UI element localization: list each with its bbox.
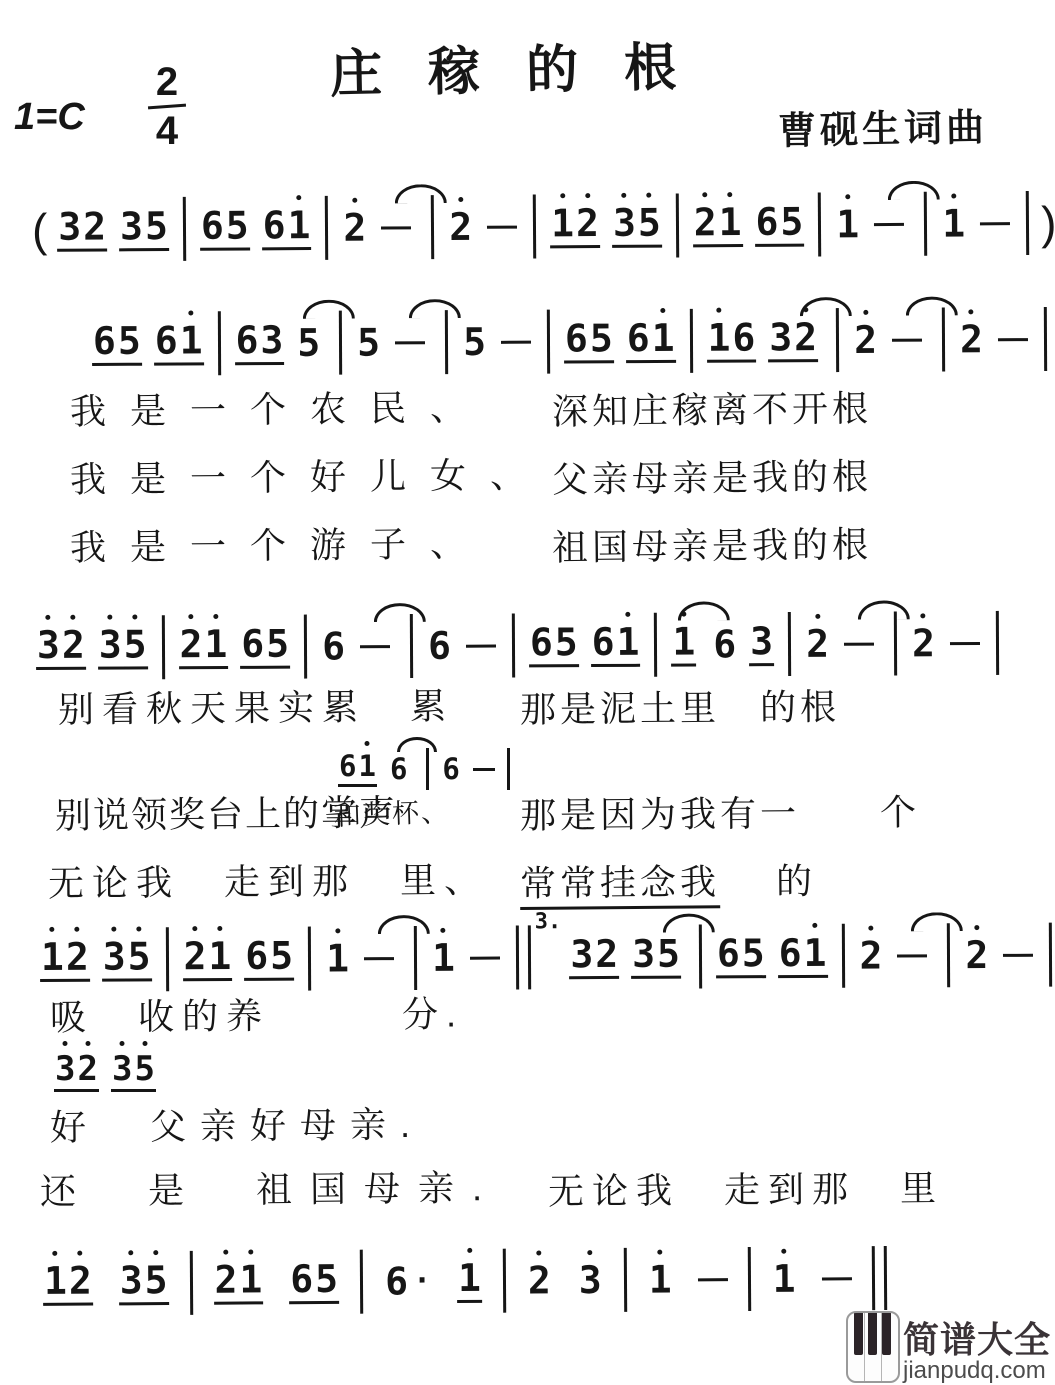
jianpu-note: 21 <box>693 203 743 247</box>
notation-line-intro: (32356561221235216511) <box>28 191 1055 262</box>
jianpu-note: 21 <box>178 625 228 669</box>
jianpu-note: 32 <box>57 207 107 251</box>
note-digit: 2 <box>82 207 107 245</box>
jianpu-note: 61 <box>626 319 676 363</box>
time-signature: 2 4 <box>148 62 186 151</box>
note-digit: 1 <box>835 205 860 243</box>
note-digit: 2 <box>213 1261 238 1299</box>
note-digit: 1 <box>207 937 232 975</box>
jianpu-note: 6 <box>441 755 460 784</box>
note-digit: 3 <box>612 204 637 242</box>
note-digit: 2 <box>911 624 936 662</box>
double-barline <box>871 1246 886 1310</box>
jianpu-note: 35 <box>98 625 148 669</box>
duration-dash <box>822 1277 852 1280</box>
barline <box>325 196 328 260</box>
note-digit: 1 <box>803 934 828 972</box>
note-digit: 5 <box>123 625 148 663</box>
jianpu-note: 16 <box>706 318 756 362</box>
barline <box>533 194 536 258</box>
jianpu-note: 6 <box>389 755 408 784</box>
chorus-line3-left: 无论我 走到那 里、 <box>48 860 488 903</box>
augmentation-dot: · <box>413 1266 431 1296</box>
jianpu-note: 65 <box>564 319 614 363</box>
note-digit: 6 <box>716 934 741 972</box>
tie-arc <box>409 299 461 318</box>
barline <box>1026 191 1029 255</box>
piano-black-key <box>854 1313 863 1355</box>
duration-dash <box>473 768 495 771</box>
jianpu-note: 12 <box>43 1262 93 1306</box>
jianpu-note: 1 <box>648 1261 673 1299</box>
duration-dash <box>487 225 517 228</box>
piano-keys-icon <box>846 1311 900 1383</box>
note-digit: 1 <box>550 204 575 242</box>
jianpu-note: 32 <box>768 318 818 362</box>
note-digit: 1 <box>325 939 350 977</box>
barline <box>512 613 515 677</box>
jianpu-note: 65 <box>92 322 142 366</box>
note-digit: 5 <box>779 203 804 241</box>
barline <box>676 193 679 257</box>
jianpu-note: 35 <box>612 204 662 248</box>
jianpu-note: 5 <box>296 324 321 362</box>
barline <box>161 615 164 679</box>
note-digit: 2 <box>178 625 203 663</box>
time-signature-numerator: 2 <box>156 62 178 102</box>
tie-arc <box>888 180 940 199</box>
note-digit: 5 <box>133 1052 155 1086</box>
chorus-line2-right: 那是因为我有一 个 <box>520 793 920 836</box>
duration-dash <box>381 226 411 229</box>
verse3-lyrics-left: 我是一个游子、 <box>70 524 490 568</box>
barline <box>788 612 791 676</box>
note-digit: 1 <box>648 1261 673 1299</box>
jianpu-note: 2 <box>448 208 473 246</box>
note-digit: 1 <box>179 321 204 359</box>
jianpu-note: 35 <box>102 937 152 981</box>
tie-arc <box>663 913 715 932</box>
note-digit: 3 <box>119 1261 144 1299</box>
note-digit: 2 <box>182 937 207 975</box>
barline <box>699 925 702 989</box>
jianpu-note: 2 <box>964 936 989 974</box>
barline <box>414 926 417 990</box>
note-digit: 5 <box>589 319 614 357</box>
chorus-line3-right-underlined: 常常挂念我 <box>520 861 720 910</box>
note-digit: 3 <box>578 1261 603 1299</box>
duration-dash <box>897 954 927 957</box>
jianpu-note: 1 <box>431 939 456 977</box>
intro-parenthesis: ) <box>1041 196 1055 250</box>
barline <box>836 308 839 372</box>
note-digit: 5 <box>554 623 579 661</box>
note-digit: 1 <box>615 623 640 661</box>
barline <box>947 923 950 987</box>
note-digit: 3 <box>569 935 594 973</box>
jianpu-note: 61 <box>262 206 312 250</box>
note-digit: 1 <box>286 206 311 244</box>
note-digit: 5 <box>296 324 321 362</box>
piano-black-key <box>868 1313 877 1355</box>
note-digit: 2 <box>61 626 86 664</box>
duration-dash <box>998 338 1028 341</box>
barline <box>996 611 999 675</box>
chorus-line1-left: 别看秋天果实累 累 <box>58 687 454 730</box>
chorus-line2-left: 别说领奖台上的掌声 <box>55 793 397 836</box>
note-digit: 6 <box>200 207 225 245</box>
jianpu-note: 63 <box>234 321 284 365</box>
jianpu-note: 65 <box>200 206 250 250</box>
composer-credit: 曹砚生词曲 <box>778 96 989 155</box>
note-digit: 6 <box>154 322 179 360</box>
note-digit: 6 <box>731 318 756 356</box>
duration-dash <box>874 222 904 225</box>
barline <box>445 310 448 374</box>
barline <box>426 748 429 790</box>
jianpu-note: 2 <box>805 625 830 663</box>
bridge-line1-lyrics: 吸 收的养 分. <box>50 994 464 1037</box>
watermark-text: 简谱大全 jianpudq.com <box>903 1322 1051 1383</box>
barline <box>183 197 186 261</box>
jianpu-note: 21 <box>182 937 232 981</box>
note-digit: 1 <box>431 939 456 977</box>
jianpu-note: 5 <box>462 323 487 361</box>
watermark: 简谱大全 jianpudq.com <box>846 1311 1051 1383</box>
note-digit: 5 <box>356 323 381 361</box>
note-digit: 1 <box>203 625 228 663</box>
note-digit: 5 <box>127 937 152 975</box>
double-barline <box>516 925 531 989</box>
jianpu-note: 65 <box>240 625 290 669</box>
note-digit: 1 <box>651 319 676 357</box>
note-digit: 6 <box>289 1260 314 1298</box>
note-digit: 3 <box>98 626 123 664</box>
note-digit: 2 <box>964 936 989 974</box>
barline <box>624 1248 627 1312</box>
note-digit: 6 <box>262 206 287 244</box>
jianpu-note: 6 <box>712 625 737 663</box>
jianpu-note: 2 <box>527 1261 552 1299</box>
note-digit: 1 <box>706 319 731 357</box>
jianpu-note: 61 <box>778 934 828 978</box>
note-digit: 3 <box>119 207 144 245</box>
barline <box>507 748 510 790</box>
inline-notation-pickup: 6166 <box>332 748 516 790</box>
verse2-lyrics-right: 父亲母亲是我的根 <box>552 457 872 500</box>
barline <box>217 311 220 375</box>
tie-arc <box>395 184 447 203</box>
note-digit: 1 <box>40 938 65 976</box>
inline-notation-32-35: 3235 <box>48 1052 162 1092</box>
jianpu-note: 2 <box>853 321 878 359</box>
jianpu-note: 1 <box>835 205 860 243</box>
note-digit: 6 <box>240 625 265 663</box>
note-digit: 5 <box>656 935 681 973</box>
chorus-line3-right: 常常挂念我的 <box>520 861 816 903</box>
duration-dash <box>364 957 394 960</box>
chorus-line1-right: 那是泥土里 的根 <box>520 687 840 729</box>
note-digit: 5 <box>741 934 766 972</box>
notation-line-bridge: 12352165113.3235656122 <box>34 923 1055 992</box>
watermark-site-name: 简谱大全 <box>903 1322 1051 1358</box>
jianpu-note: 3 <box>749 622 774 666</box>
note-digit: 5 <box>144 1261 169 1299</box>
note-digit: 2 <box>793 318 818 356</box>
song-title: 庄稼的根 <box>329 24 723 107</box>
note-digit: 2 <box>527 1261 552 1299</box>
note-digit: 6 <box>321 627 346 665</box>
jianpu-note: 65 <box>716 934 766 978</box>
jianpu-note: 1 <box>771 1260 796 1298</box>
note-digit: 1 <box>357 752 376 781</box>
note-digit: 2 <box>959 320 984 358</box>
bridge-line2-lyrics: 好 父亲好母亲. <box>50 1105 424 1148</box>
tie-arc <box>397 737 437 752</box>
jianpu-note: 65 <box>289 1260 339 1304</box>
note-digit: 5 <box>117 322 142 360</box>
note-digit: 3 <box>768 318 793 356</box>
jianpu-note: 61 <box>338 752 377 787</box>
note-digit: 2 <box>65 938 90 976</box>
notation-line-chorus: 3235216566656116322 <box>30 611 1007 680</box>
note-digit: 5 <box>637 204 662 242</box>
note-digit: 5 <box>269 937 294 975</box>
note-digit: 3 <box>631 935 656 973</box>
jianpu-note: 35 <box>119 1261 169 1305</box>
barline <box>360 1250 363 1314</box>
jianpu-note: 2 <box>959 320 984 358</box>
barline <box>189 1251 192 1315</box>
note-digit: 3 <box>54 1052 76 1086</box>
barline <box>308 927 311 991</box>
bridge-line3-right: 无论我 走到那 里 <box>548 1169 944 1212</box>
verse1-lyrics-left: 我是一个农民、 <box>70 388 490 432</box>
note-digit: 3 <box>259 321 284 359</box>
note-digit: 2 <box>575 204 600 242</box>
jianpu-note: 2 <box>858 937 883 975</box>
note-digit: 3 <box>57 208 82 246</box>
jianpu-note: 35 <box>631 935 681 979</box>
jianpu-note: 3 <box>578 1261 603 1299</box>
jianpu-note: 61 <box>591 623 641 667</box>
note-digit: 6 <box>384 1262 409 1300</box>
note-digit: 2 <box>342 209 367 247</box>
barline <box>431 195 434 259</box>
barline <box>1049 923 1052 987</box>
time-signature-denominator: 4 <box>156 111 178 151</box>
note-digit: 6 <box>427 627 452 665</box>
barline <box>841 924 844 988</box>
note-digit: 3 <box>102 938 127 976</box>
piano-white-key-separator <box>864 1313 865 1381</box>
note-digit: 2 <box>594 935 619 973</box>
note-digit: 6 <box>754 203 779 241</box>
note-digit: 6 <box>712 625 737 663</box>
bridge-line3-left: 还 是 祖国母亲. <box>40 1168 500 1212</box>
jianpu-note: 12 <box>550 204 600 248</box>
note-digit: 2 <box>448 208 473 246</box>
sheet-music-page: 庄稼的根 1=C 2 4 曹砚生词曲 (32356561221235216511… <box>0 0 1055 1385</box>
jianpu-note: 2 <box>911 624 936 662</box>
note-digit: 2 <box>858 937 883 975</box>
jianpu-note: 12 <box>40 938 90 982</box>
note-digit: 1 <box>941 204 966 242</box>
volta-ending-label: 3. <box>535 909 562 934</box>
note-digit: 5 <box>462 323 487 361</box>
note-digit: 5 <box>225 206 250 244</box>
jianpu-note: 5 <box>356 323 381 361</box>
tie-arc <box>303 299 355 318</box>
barline <box>339 311 342 375</box>
jianpu-note: 32 <box>54 1052 99 1092</box>
note-digit: 1 <box>43 1262 68 1300</box>
note-digit: 6 <box>591 623 616 661</box>
note-digit: 6 <box>626 319 651 357</box>
duration-dash <box>698 1278 728 1281</box>
jianpu-note: 35 <box>111 1052 156 1092</box>
note-digit: 2 <box>853 321 878 359</box>
note-digit: 6 <box>234 321 259 359</box>
note-digit: 6 <box>441 755 460 784</box>
jianpu-note: 65 <box>529 623 579 667</box>
note-digit: 1 <box>238 1260 263 1298</box>
jianpu-note: 21 <box>213 1260 263 1304</box>
barline <box>547 310 550 374</box>
note-digit: 6 <box>338 752 357 781</box>
jianpu-note: 6· <box>384 1262 431 1300</box>
duration-dash <box>980 222 1010 225</box>
barline <box>503 1249 506 1313</box>
note-digit: 2 <box>693 203 718 241</box>
note-digit: 6 <box>778 934 803 972</box>
watermark-site-url: jianpudq.com <box>903 1358 1046 1383</box>
chorus-line3-right-tail: 的 <box>776 860 816 901</box>
note-digit: 6 <box>389 755 408 784</box>
note-digit: 5 <box>265 625 290 663</box>
barline <box>942 308 945 372</box>
barline <box>654 613 657 677</box>
jianpu-note: 6 <box>427 627 452 665</box>
verse3-lyrics-right: 祖国母亲是我的根 <box>552 525 872 568</box>
tie-arc <box>906 296 958 315</box>
barline <box>165 927 168 991</box>
barline <box>410 614 413 678</box>
duration-dash <box>892 338 922 341</box>
barline <box>689 309 692 373</box>
tie-arc <box>800 296 852 315</box>
verse1-lyrics-right: 深知庄稼离不开根 <box>552 389 872 432</box>
duration-dash <box>844 642 874 645</box>
tie-arc <box>911 912 963 931</box>
jianpu-note: 65 <box>754 203 804 247</box>
verse2-lyrics-left: 我是一个好儿女、 <box>70 455 550 500</box>
jianpu-note: 2 <box>342 209 367 247</box>
duration-dash <box>470 956 500 959</box>
barline <box>747 1247 750 1311</box>
note-digit: 3 <box>111 1052 133 1086</box>
note-digit: 6 <box>92 322 117 360</box>
duration-dash <box>395 341 425 344</box>
note-digit: 6 <box>564 319 589 357</box>
note-digit: 1 <box>771 1260 796 1298</box>
jianpu-note: 65 <box>244 937 294 981</box>
barline <box>894 611 897 675</box>
jianpu-note: 1 <box>325 939 350 977</box>
note-digit: 1 <box>718 203 743 241</box>
note-digit: 5 <box>144 207 169 245</box>
duration-dash <box>466 644 496 647</box>
intro-parenthesis: ( <box>32 203 48 257</box>
tie-arc <box>678 601 730 620</box>
key-signature: 1=C <box>14 96 85 139</box>
duration-dash <box>1003 953 1033 956</box>
tie-arc <box>378 914 430 933</box>
note-digit: 3 <box>36 626 61 664</box>
tie-arc <box>374 602 426 621</box>
piano-black-key <box>882 1313 891 1355</box>
jianpu-note: 1 <box>457 1259 482 1303</box>
note-digit: 5 <box>314 1260 339 1298</box>
duration-dash <box>360 645 390 648</box>
barline <box>924 192 927 256</box>
notation-line-verse: 6561635556561163222 <box>86 307 1055 376</box>
jianpu-note: 32 <box>569 935 619 979</box>
tie-arc <box>858 600 910 619</box>
jianpu-note: 6 <box>321 627 346 665</box>
barline <box>818 192 821 256</box>
duration-dash <box>501 340 531 343</box>
note-digit: 1 <box>671 623 696 661</box>
note-digit: 6 <box>529 623 554 661</box>
jianpu-note: 1 <box>671 623 696 667</box>
jianpu-note: 32 <box>36 626 86 670</box>
note-digit: 2 <box>76 1052 98 1086</box>
note-digit: 2 <box>805 625 830 663</box>
jianpu-note: 35 <box>119 207 169 251</box>
duration-dash <box>950 642 980 645</box>
barline <box>1044 307 1047 371</box>
barline <box>304 615 307 679</box>
jianpu-note: 61 <box>154 321 204 365</box>
notation-line-coda: 123521656·12311 <box>30 1246 895 1316</box>
jianpu-note: 1 <box>941 204 966 242</box>
note-digit: 2 <box>68 1262 93 1300</box>
note-digit: 1 <box>457 1259 482 1297</box>
note-digit: 3 <box>749 622 774 660</box>
note-digit: 6 <box>244 937 269 975</box>
